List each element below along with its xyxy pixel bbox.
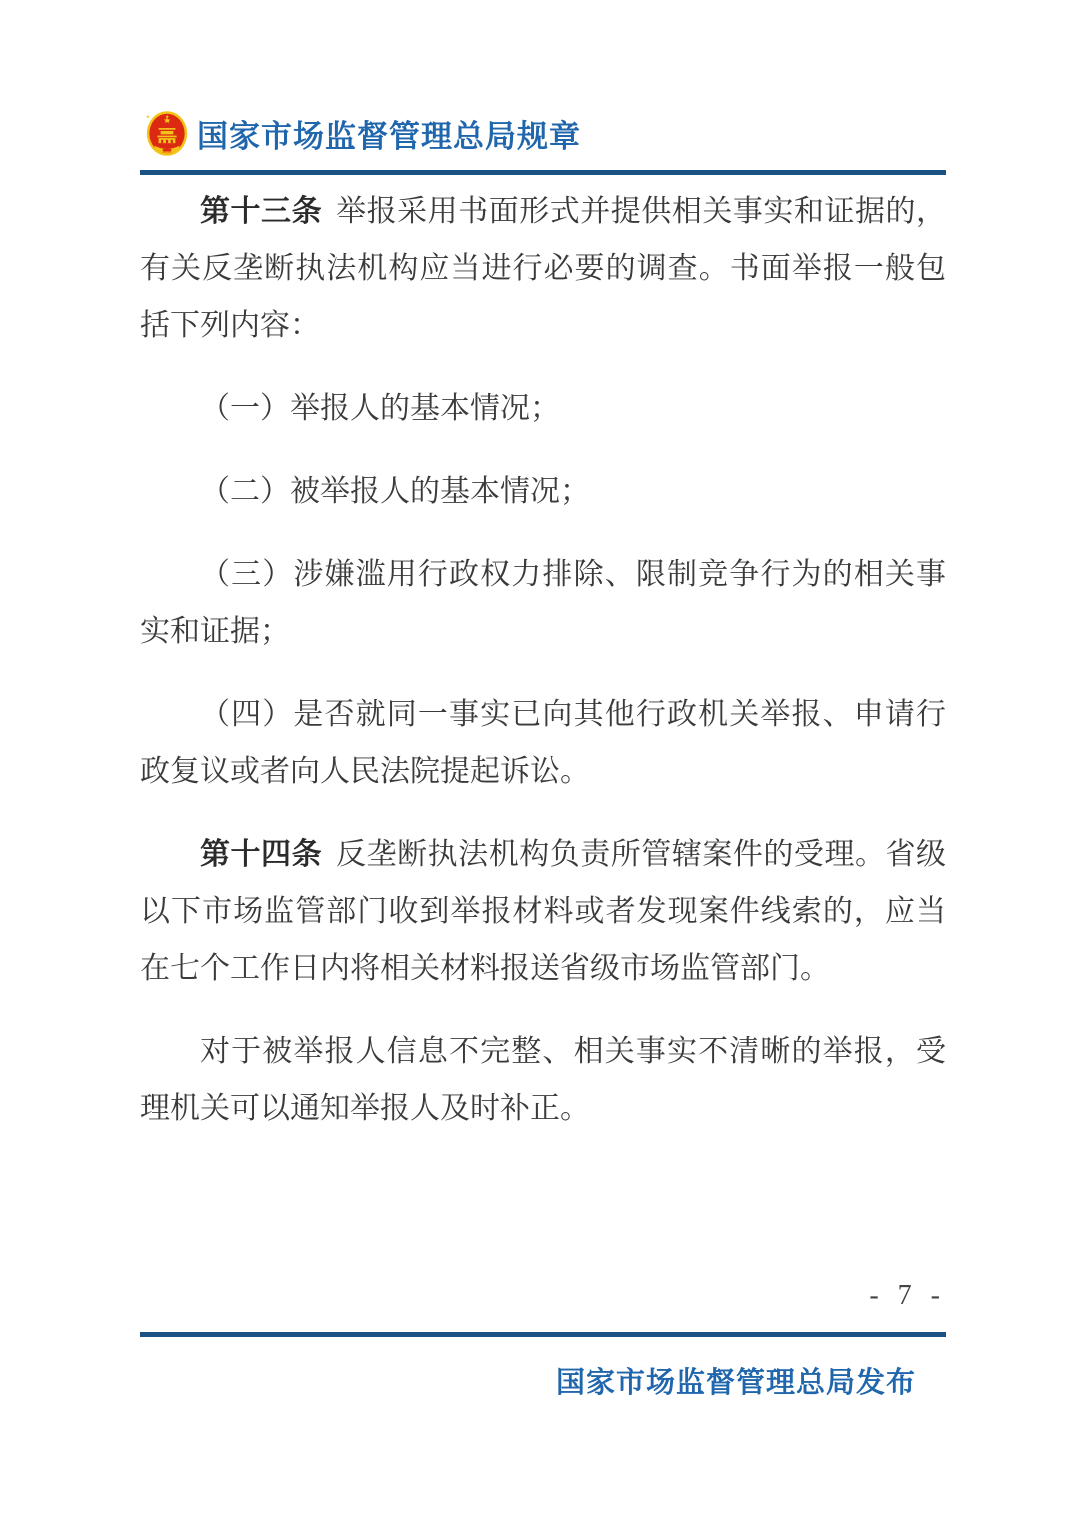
list-item-1-text: （一）举报人的基本情况； bbox=[200, 392, 560, 425]
list-item-3: （三）涉嫌滥用行政权力排除、限制竞争行为的相关事实和证据； bbox=[140, 546, 946, 660]
page-content: 国家市场监督管理总局规章 第十三条举报采用书面形式并提供相关事实和证据的，有关反… bbox=[140, 0, 946, 1163]
page-header: 国家市场监督管理总局规章 bbox=[140, 110, 946, 157]
paragraph-supplement-text: 对于被举报人信息不完整、相关事实不清晰的举报，受理机关可以通知举报人及时补正。 bbox=[140, 1035, 946, 1125]
footer-publisher: 国家市场监督管理总局发布 bbox=[140, 1360, 916, 1401]
national-emblem-icon bbox=[146, 110, 188, 157]
list-item-3-text: （三）涉嫌滥用行政权力排除、限制竞争行为的相关事实和证据； bbox=[140, 558, 946, 648]
footer-divider-line bbox=[140, 1332, 946, 1337]
list-item-4: （四）是否就同一事实已向其他行政机关举报、申请行政复议或者向人民法院提起诉讼。 bbox=[140, 686, 946, 800]
document-body: 第十三条举报采用书面形式并提供相关事实和证据的，有关反垄断执法机构应当进行必要的… bbox=[140, 183, 946, 1137]
document-page: 国家市场监督管理总局规章 第十三条举报采用书面形式并提供相关事实和证据的，有关反… bbox=[0, 0, 1074, 1520]
header-divider-line bbox=[140, 170, 946, 175]
page-title: 国家市场监督管理总局规章 bbox=[197, 111, 581, 156]
list-item-4-text: （四）是否就同一事实已向其他行政机关举报、申请行政复议或者向人民法院提起诉讼。 bbox=[140, 698, 946, 788]
paragraph-supplement: 对于被举报人信息不完整、相关事实不清晰的举报，受理机关可以通知举报人及时补正。 bbox=[140, 1023, 946, 1137]
paragraph-article-13: 第十三条举报采用书面形式并提供相关事实和证据的，有关反垄断执法机构应当进行必要的… bbox=[140, 183, 946, 354]
list-item-2: （二）被举报人的基本情况； bbox=[140, 463, 946, 520]
article-14-number: 第十四条 bbox=[200, 838, 322, 871]
list-item-1: （一）举报人的基本情况； bbox=[140, 380, 946, 437]
list-item-2-text: （二）被举报人的基本情况； bbox=[200, 475, 590, 508]
paragraph-article-14: 第十四条反垄断执法机构负责所管辖案件的受理。省级以下市场监管部门收到举报材料或者… bbox=[140, 826, 946, 997]
page-number: - 7 - bbox=[140, 1280, 946, 1312]
article-13-number: 第十三条 bbox=[200, 195, 322, 228]
